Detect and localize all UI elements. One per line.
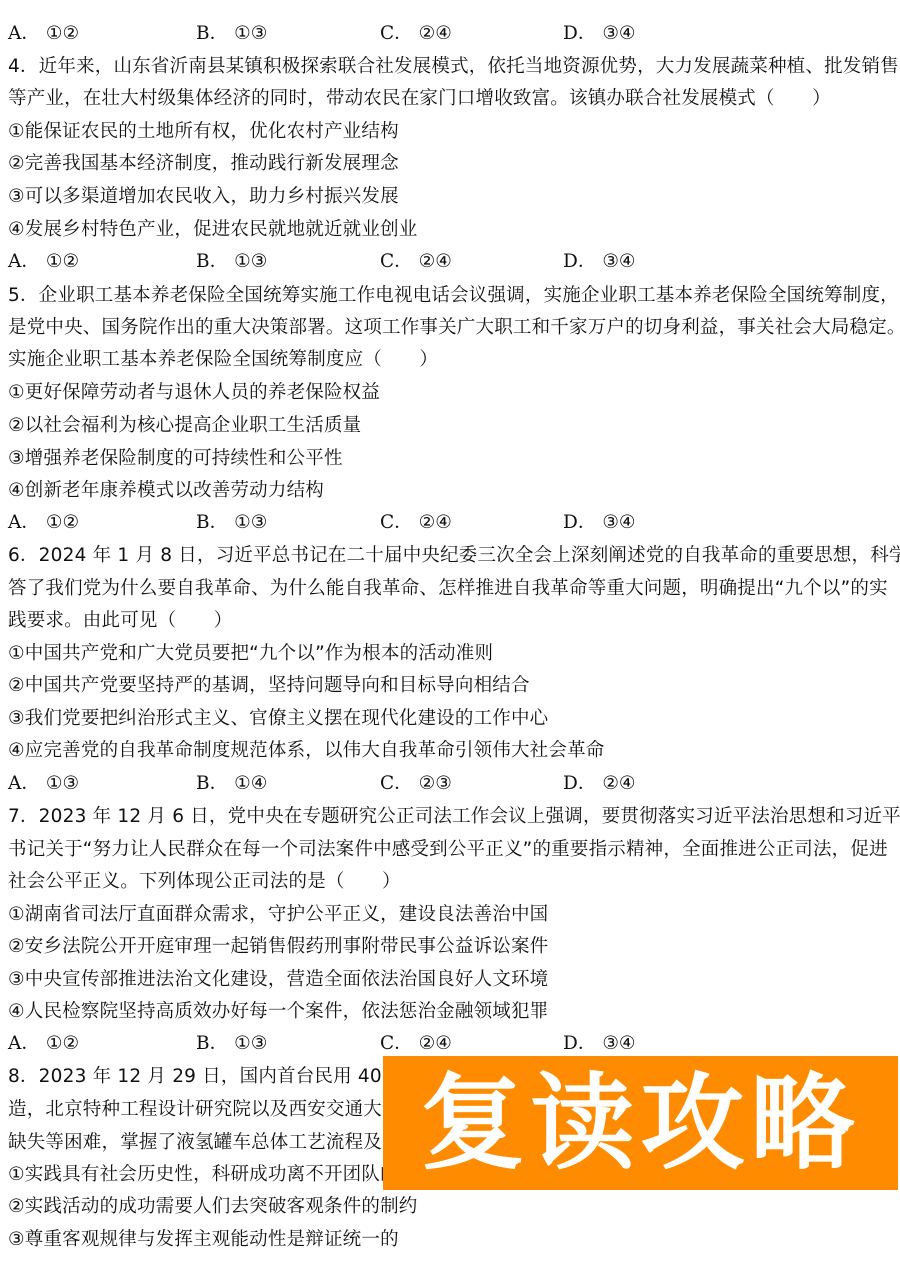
q8-item-2: ②实践活动的成功需要人们去突破客观条件的制约 [8, 1191, 418, 1223]
q8-item-3: ③尊重客观规律与发挥主观能动性是辩证统一的 [8, 1224, 399, 1256]
q4-option-c: C．②④ [380, 246, 452, 278]
q5-option-a: A．①② [8, 507, 79, 539]
q6-options: A．①③ B．①④ C．②③ D．②④ [8, 768, 888, 800]
q4-item-4: ④发展乡村特色产业，促进农民就地就近就业创业 [8, 214, 418, 246]
q5-option-d: D．③④ [563, 507, 636, 539]
q5-option-c: C．②④ [380, 507, 452, 539]
q6-stem-line-3: 践要求。由此可见（ ） [8, 605, 232, 637]
q6-item-3: ③我们党要把纠治形式主义、官僚主义摆在现代化建设的工作中心 [8, 703, 548, 735]
q7-item-4: ④人民检察院坚持高质效办好每一个案件，依法惩治金融领域犯罪 [8, 996, 548, 1028]
q4-item-1: ①能保证农民的土地所有权，优化农村产业结构 [8, 116, 399, 148]
q3-option-a: A．①② [8, 18, 79, 50]
q6-option-a: A．①③ [8, 768, 79, 800]
q6-item-2: ②中国共产党要坚持严的基调，坚持问题导向和目标导向相结合 [8, 670, 530, 702]
q4-item-2: ②完善我国基本经济制度，推动践行新发展理念 [8, 148, 399, 180]
q5-stem-line-3: 实施企业职工基本养老保险全国统筹制度应（ ） [8, 344, 438, 376]
q7-item-2: ②安乡法院公开开庭审理一起销售假药刑事附带民事公益诉讼案件 [8, 931, 548, 963]
q5-item-2: ②以社会福利为核心提高企业职工生活质量 [8, 410, 361, 442]
q6-option-b: B．①④ [196, 768, 267, 800]
q6-option-d: D．②④ [563, 768, 636, 800]
q5-item-4: ④创新老年康养模式以改善劳动力结构 [8, 475, 324, 507]
q5-stem-line-1: 5．企业职工基本养老保险全国统筹实施工作电视电话会议强调，实施企业职工基本养老保… [8, 280, 899, 312]
q7-option-b: B．①③ [196, 1028, 267, 1060]
q4-item-3: ③可以多渠道增加农民收入，助力乡村振兴发展 [8, 181, 399, 213]
q7-item-1: ①湖南省司法厅直面群众需求，守护公平正义，建设良法善治中国 [8, 899, 548, 931]
q4-option-d: D．③④ [563, 246, 636, 278]
q8-stem-line-3: 缺失等困难，掌握了液氢罐车总体工艺流程及安 [8, 1127, 401, 1159]
q6-option-c: C．②③ [380, 768, 452, 800]
q4-option-a: A．①② [8, 246, 79, 278]
q8-item-1: ①实践具有社会历史性，科研成功离不开团队的 [8, 1159, 399, 1191]
q6-stem-line-2: 答了我们党为什么要自我革命、为什么能自我革命、怎样推进自我革命等重大问题，明确提… [8, 573, 888, 605]
watermark-text: 复读攻略 [420, 1071, 860, 1175]
q4-option-b: B．①③ [196, 246, 267, 278]
q4-stem-line-1: 4．近年来，山东省沂南县某镇积极探索联合社发展模式，依托当地资源优势，大力发展蔬… [8, 51, 899, 83]
q5-item-1: ①更好保障劳动者与退休人员的养老保险权益 [8, 377, 380, 409]
q5-option-b: B．①③ [196, 507, 267, 539]
q4-stem-line-2: 等产业，在壮大村级集体经济的同时，带动农民在家门口增收致富。该镇办联合社发展模式… [8, 83, 831, 115]
q6-item-4: ④应完善党的自我革命制度规范体系，以伟大自我革命引领伟大社会革命 [8, 735, 605, 767]
q7-stem-line-2: 书记关于“努力让人民群众在每一个司法案件中感受到公平正义”的重要指示精神，全面推… [8, 834, 888, 866]
q5-item-3: ③增强养老保险制度的可持续性和公平性 [8, 443, 343, 475]
q8-stem-line-1: 8．2023 年 12 月 29 日，国内首台民用 40 立方 [8, 1061, 425, 1093]
q4-options: A．①② B．①③ C．②④ D．③④ [8, 246, 888, 278]
q3-option-b: B．①③ [196, 18, 267, 50]
watermark-banner: 复读攻略 [383, 1056, 898, 1190]
q5-stem-line-2: 是党中央、国务院作出的重大决策部署。这项工作事关广大职工和千家万户的切身利益，事… [8, 312, 900, 344]
q8-stem-line-2: 造，北京特种工程设计研究院以及西安交通大学 [8, 1094, 401, 1126]
q3-option-d: D．③④ [563, 18, 636, 50]
q3-option-c: C．②④ [380, 18, 452, 50]
q3-options: A．①② B．①③ C．②④ D．③④ [8, 18, 888, 50]
exam-page: A．①② B．①③ C．②④ D．③④ 4．近年来，山东省沂南县某镇积极探索联合… [0, 0, 900, 1278]
q6-item-1: ①中国共产党和广大党员要把“九个以”作为根本的活动准则 [8, 638, 493, 670]
q7-stem-line-1: 7．2023 年 12 月 6 日，党中央在专题研究公正司法工作会议上强调，要贯… [8, 801, 900, 833]
q7-option-a: A．①② [8, 1028, 79, 1060]
q7-item-3: ③中央宣传部推进法治文化建设，营造全面依法治国良好人文环境 [8, 964, 548, 996]
q5-options: A．①② B．①③ C．②④ D．③④ [8, 507, 888, 539]
q7-stem-line-3: 社会公平正义。下列体现公正司法的是（ ） [8, 866, 401, 898]
q6-stem-line-1: 6．2024 年 1 月 8 日，习近平总书记在二十届中央纪委三次全会上深刻阐述… [8, 540, 900, 572]
